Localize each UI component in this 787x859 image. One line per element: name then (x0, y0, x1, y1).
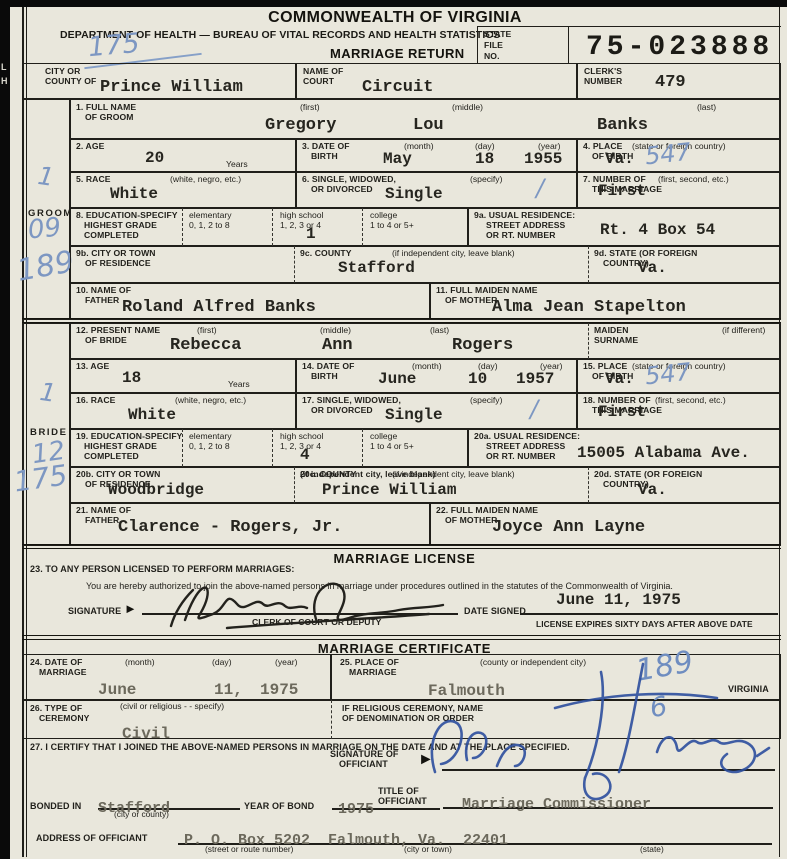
scan-top-edge (0, 0, 787, 7)
date-signed-label: DATE SIGNED (464, 606, 526, 616)
scan-left-edge (0, 0, 10, 859)
groom-county-value: Stafford (338, 260, 415, 276)
bride-margin-note: 175 (12, 461, 69, 496)
education-divider (272, 429, 273, 467)
bride-education-value: 4 (300, 447, 310, 463)
section-divider (22, 635, 781, 640)
field-hint: (civil or religious - - specify) (120, 702, 224, 712)
field-hint: (month) (125, 658, 155, 668)
field-hint: (day) (212, 658, 232, 668)
officiant-title-label: OFFICIANT (378, 796, 427, 806)
education-divider (272, 208, 273, 246)
handwritten-code: 547 (644, 360, 692, 389)
bride-race-value: White (128, 407, 176, 423)
bride-mother-value: Joyce Ann Layne (492, 519, 645, 536)
handwritten-page-number: 175 (87, 30, 141, 61)
years-label: Years (226, 160, 248, 170)
form-name: MARRIAGE RETURN (330, 46, 465, 61)
state-file-box-top (477, 26, 781, 27)
bride-marital-value: Single (385, 407, 443, 423)
bride-age-value: 18 (122, 370, 141, 386)
groom-last-name: Banks (597, 117, 648, 134)
handwritten-tick: / (536, 176, 544, 200)
groom-education-value: 1 (306, 226, 316, 242)
groom-margin-note: 09 (27, 214, 63, 243)
officiant-signature-label: SIGNATURE OF (330, 749, 399, 759)
marriage-year-value: 1975 (260, 682, 298, 698)
field-label: 9c. COUNTY (300, 249, 352, 259)
field-label: MARRIAGE (349, 668, 397, 678)
officiant-signature-label: OFFICIANT (339, 759, 388, 769)
year-of-bond-value: 1975 (338, 802, 374, 817)
ceremony-type-value: Civil (122, 726, 170, 742)
field-label: CEREMONY (39, 714, 89, 724)
field-label: OR RT. NUMBER (486, 231, 556, 241)
residence-divider (588, 246, 589, 283)
address-hint: (state) (640, 845, 664, 855)
field-hint: (middle) (320, 326, 351, 336)
residence-divider (294, 467, 295, 503)
field-hint: (month) (412, 362, 442, 372)
pointer-icon: ► (124, 602, 137, 615)
state-file-label: STATE (484, 30, 511, 40)
bride-first-name: Rebecca (170, 337, 241, 354)
officiant-title-label: TITLE OF (378, 786, 419, 796)
handwritten-tick: / (530, 397, 538, 421)
clerk-number-label: NUMBER (584, 77, 622, 87)
education-divider (362, 208, 363, 246)
state-file-box-left (477, 26, 478, 64)
field-hint: (last) (430, 326, 449, 336)
groom-age-value: 20 (145, 150, 164, 166)
field-label: 16. RACE (76, 396, 116, 406)
field-label: OR RT. NUMBER (486, 452, 556, 462)
clerk-number-value: 479 (655, 74, 686, 91)
field-hint: (if different) (722, 326, 765, 336)
section-divider (22, 544, 781, 549)
field-label: BIRTH (311, 372, 338, 382)
field-label: OF GROOM (85, 113, 134, 123)
state-file-label: NO. (484, 52, 500, 62)
bride-street-value: 15005 Alabama Ave. (577, 445, 750, 461)
field-hint: (first) (197, 326, 217, 336)
groom-middle-name: Lou (413, 117, 444, 134)
field-hint: (white, negro, etc.) (170, 175, 241, 185)
field-hint: (specify) (470, 396, 502, 406)
residence-divider (588, 467, 589, 503)
field-hint: (if independent city, leave blank) (392, 249, 515, 259)
field-hint: (first) (300, 103, 320, 113)
marriage-day-value: 11, (214, 682, 243, 698)
field-label: 13. AGE (76, 362, 109, 372)
scan-edge-mark: H (1, 76, 8, 86)
scan-edge-mark: L (1, 62, 7, 72)
groom-mother-value: Alma Jean Stapelton (492, 299, 686, 316)
year-of-bond-label: YEAR OF BOND (244, 801, 314, 811)
field-hint: (if independent city, leave blank) (392, 470, 515, 480)
clerk-signature (165, 570, 465, 632)
education-col-label: 1 to 4 or 5+ (370, 442, 414, 452)
field-label: MARRIAGE (39, 668, 87, 678)
field-label: 20c. COUNTY (300, 470, 357, 480)
officiant-address-label: ADDRESS OF OFFICIANT (36, 833, 148, 843)
field-label: BIRTH (311, 152, 338, 162)
bride-birth-month: June (378, 371, 416, 387)
residence-divider (294, 246, 295, 283)
city-county-label: COUNTY OF (45, 77, 96, 87)
education-col-label: 0, 1, 2 to 8 (189, 442, 230, 452)
groom-state-value: Va. (638, 260, 667, 276)
bonded-in-label: BONDED IN (30, 801, 81, 811)
field-label: FATHER (85, 516, 119, 526)
groom-birth-month: May (383, 151, 412, 167)
bride-county-value: Prince William (322, 482, 456, 498)
education-divider (182, 208, 183, 246)
field-label: OF MOTHER (445, 516, 497, 526)
groom-marriage-number-value: First (598, 183, 646, 199)
field-label: OF BRIDE (85, 336, 127, 346)
address-hint: (street or route number) (205, 845, 293, 855)
maiden-divider (588, 323, 589, 359)
groom-marital-value: Single (385, 186, 443, 202)
bride-birth-year: 1957 (516, 371, 554, 387)
field-hint: (specify) (470, 175, 502, 185)
state-file-box-divider (568, 26, 569, 64)
handwritten-code: 547 (644, 140, 692, 169)
date-signed-value: June 11, 1975 (556, 592, 681, 608)
field-hint: (white, negro, etc.) (175, 396, 246, 406)
field-label: 5. RACE (76, 175, 111, 185)
education-col-label: 1 to 4 or 5+ (370, 221, 414, 231)
signature-label: SIGNATURE (68, 606, 121, 616)
bride-city-value: Woodbridge (108, 482, 204, 498)
groom-birth-year: 1955 (524, 151, 562, 167)
bonded-in-hint: (city or county) (114, 810, 169, 820)
bride-state-value: Va. (638, 482, 667, 498)
state-file-label: FILE (484, 41, 503, 51)
field-hint: (first, second, etc.) (655, 396, 726, 406)
field-label: OF MOTHER (445, 296, 497, 306)
field-hint: (first, second, etc.) (658, 175, 729, 185)
license-expires-note: LICENSE EXPIRES SIXTY DAYS AFTER ABOVE D… (536, 620, 753, 630)
marriage-month-value: June (98, 682, 136, 698)
bride-marriage-number-value: First (598, 404, 646, 420)
state-file-number: 75-023888 (586, 32, 773, 63)
document-title: COMMONWEALTH OF VIRGINIA (180, 9, 610, 27)
court-label: COURT (303, 77, 334, 87)
field-label: OF RESIDENCE (85, 259, 151, 269)
groom-birth-day: 18 (475, 151, 494, 167)
groom-birthplace-value: Va. (605, 151, 634, 167)
education-divider (362, 429, 363, 467)
court-value: Circuit (362, 79, 433, 96)
education-col-label: 0, 1, 2 to 8 (189, 221, 230, 231)
field-hint: (last) (697, 103, 716, 113)
bride-father-value: Clarence - Rogers, Jr. (118, 519, 342, 536)
field-label: COMPLETED (84, 452, 139, 462)
ceremony-divider (331, 700, 332, 739)
bride-birthplace-value: Va. (605, 371, 634, 387)
field-label: FATHER (85, 296, 119, 306)
city-county-value: Prince William (100, 79, 243, 96)
groom-street-value: Rt. 4 Box 54 (600, 222, 715, 238)
bride-middle-name: Ann (322, 337, 353, 354)
officiant-signature (405, 658, 780, 808)
date-signed-line (520, 613, 778, 615)
field-label: SURNAME (594, 336, 638, 346)
groom-first-name: Gregory (265, 117, 336, 134)
field-label: OR DIVORCED (311, 406, 373, 416)
bride-last-name: Rogers (452, 337, 513, 354)
field-hint: (year) (275, 658, 297, 668)
bride-birth-day: 10 (468, 371, 487, 387)
field-hint: (middle) (452, 103, 483, 113)
field-label: OR DIVORCED (311, 185, 373, 195)
field-label: 2. AGE (76, 142, 104, 152)
groom-race-value: White (110, 186, 158, 202)
groom-father-value: Roland Alfred Banks (122, 299, 316, 316)
years-label: Years (228, 380, 250, 390)
officiant-title-value: Marriage Commissioner (462, 797, 651, 812)
address-hint: (city or town) (404, 845, 452, 855)
field-label: COMPLETED (84, 231, 139, 241)
